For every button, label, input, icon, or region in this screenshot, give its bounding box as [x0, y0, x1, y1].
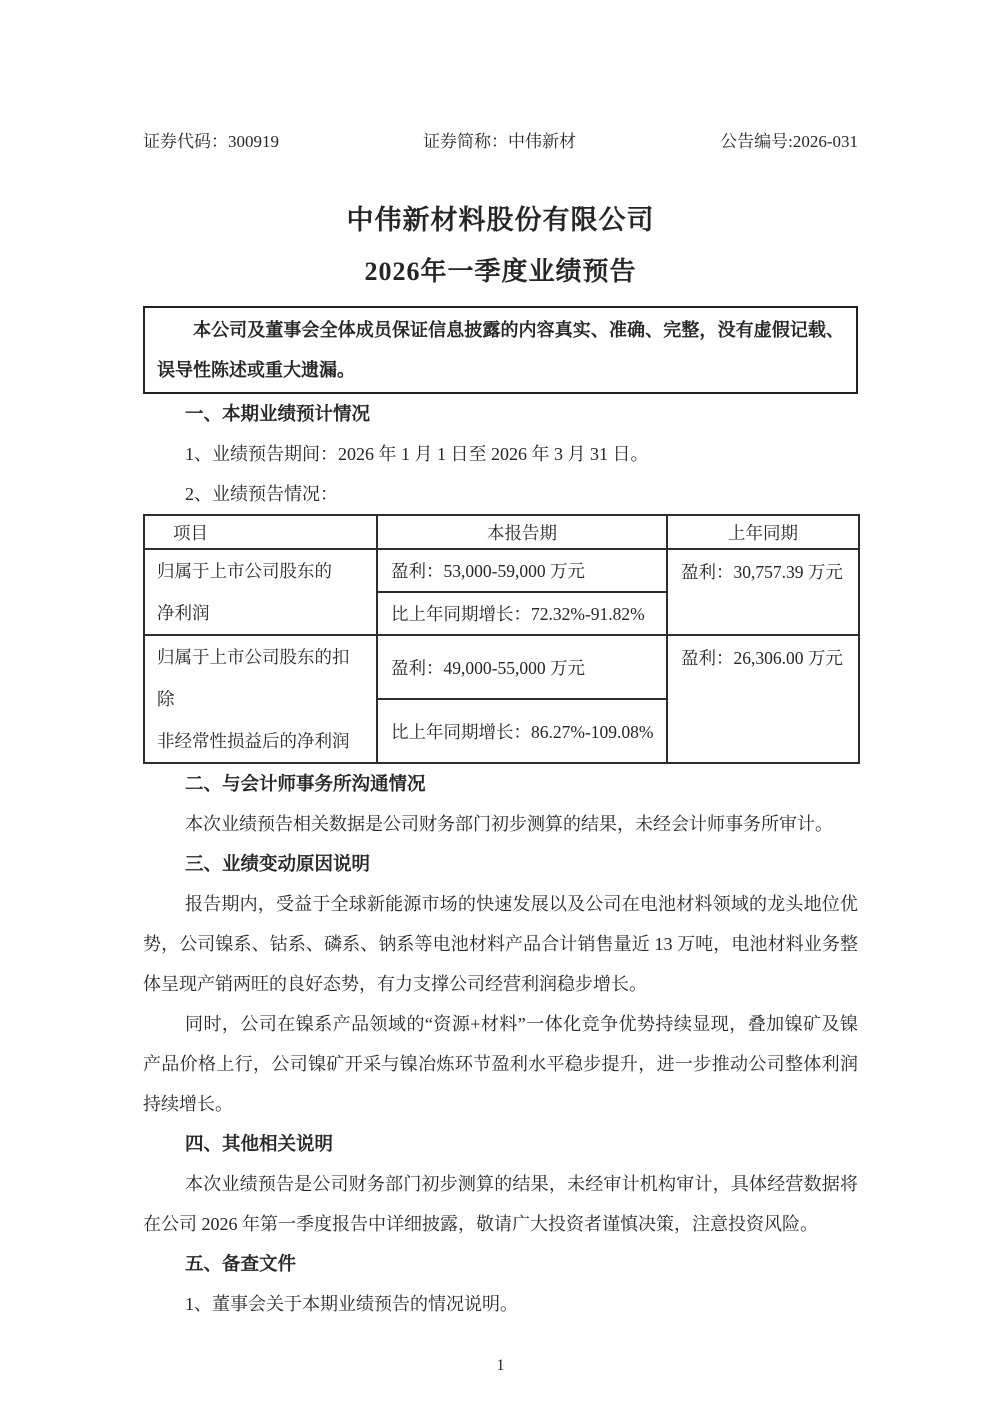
forecast-situation-label: 2、业绩预告情况：	[143, 474, 858, 514]
table-row: 归属于上市公司股东的 净利润 盈利：53,000-59,000 万元 盈利：30…	[144, 549, 859, 592]
disclaimer-text: 本公司及董事会全体成员保证信息披露的内容真实、准确、完整，没有虚假记载、误导性陈…	[157, 310, 844, 390]
row2-current-growth: 比上年同期增长：86.27%-109.08%	[377, 699, 667, 763]
section-3-heading: 三、业绩变动原因说明	[143, 844, 858, 884]
stock-short-name: 证券简称：中伟新材	[423, 131, 576, 153]
column-header-item: 项目	[144, 515, 377, 549]
row1-prior-profit: 盈利：30,757.39 万元	[667, 549, 859, 635]
reference-document-item: 1、董事会关于本期业绩预告的情况说明。	[143, 1284, 858, 1324]
doc-meta-line: 证券代码：300919 证券简称：中伟新材 公告编号:2026-031	[143, 131, 858, 153]
stock-code: 证券代码：300919	[143, 131, 279, 153]
section-5-heading: 五、备查文件	[143, 1244, 858, 1284]
document-page: 证券代码：300919 证券简称：中伟新材 公告编号:2026-031 中伟新材…	[0, 0, 1000, 1414]
table-row: 归属于上市公司股东的扣除 非经常性损益后的净利润 盈利：49,000-55,00…	[144, 635, 859, 699]
disclaimer-box: 本公司及董事会全体成员保证信息披露的内容真实、准确、完整，没有虚假记载、误导性陈…	[143, 306, 858, 394]
row2-item-label: 归属于上市公司股东的扣除 非经常性损益后的净利润	[144, 635, 377, 763]
document-content: 证券代码：300919 证券简称：中伟新材 公告编号:2026-031 中伟新材…	[143, 131, 858, 1386]
table-header-row: 项目 本报告期 上年同期	[144, 515, 859, 549]
column-header-prior: 上年同期	[667, 515, 859, 549]
row1-current-profit: 盈利：53,000-59,000 万元	[377, 549, 667, 592]
row1-current-growth: 比上年同期增长：72.32%-91.82%	[377, 592, 667, 635]
company-title: 中伟新材料股份有限公司	[143, 203, 858, 237]
forecast-period: 1、业绩预告期间：2026 年 1 月 1 日至 2026 年 3 月 31 日…	[143, 434, 858, 474]
section-2-heading: 二、与会计师事务所沟通情况	[143, 764, 858, 804]
section-4-body: 本次业绩预告是公司财务部门初步测算的结果，未经审计机构审计，具体经营数据将在公司…	[143, 1164, 858, 1244]
announcement-number: 公告编号:2026-031	[720, 131, 858, 153]
reason-paragraph-1: 报告期内，受益于全球新能源市场的快速发展以及公司在电池材料领域的龙头地位优势，公…	[143, 884, 858, 1004]
row1-item-label: 归属于上市公司股东的 净利润	[144, 549, 377, 635]
row2-prior-profit: 盈利：26,306.00 万元	[667, 635, 859, 763]
page-number: 1	[143, 1346, 858, 1386]
section-4-heading: 四、其他相关说明	[143, 1124, 858, 1164]
performance-table: 项目 本报告期 上年同期 归属于上市公司股东的 净利润 盈利：53,000-59…	[143, 514, 860, 764]
row2-current-profit: 盈利：49,000-55,000 万元	[377, 635, 667, 699]
column-header-current: 本报告期	[377, 515, 667, 549]
section-2-body: 本次业绩预告相关数据是公司财务部门初步测算的结果，未经会计师事务所审计。	[143, 804, 858, 844]
section-1-heading: 一、本期业绩预计情况	[143, 394, 858, 434]
reason-paragraph-2: 同时，公司在镍系产品领域的“资源+材料”一体化竞争优势持续显现，叠加镍矿及镍产品…	[143, 1004, 858, 1124]
report-title: 2026年一季度业绩预告	[143, 255, 858, 289]
